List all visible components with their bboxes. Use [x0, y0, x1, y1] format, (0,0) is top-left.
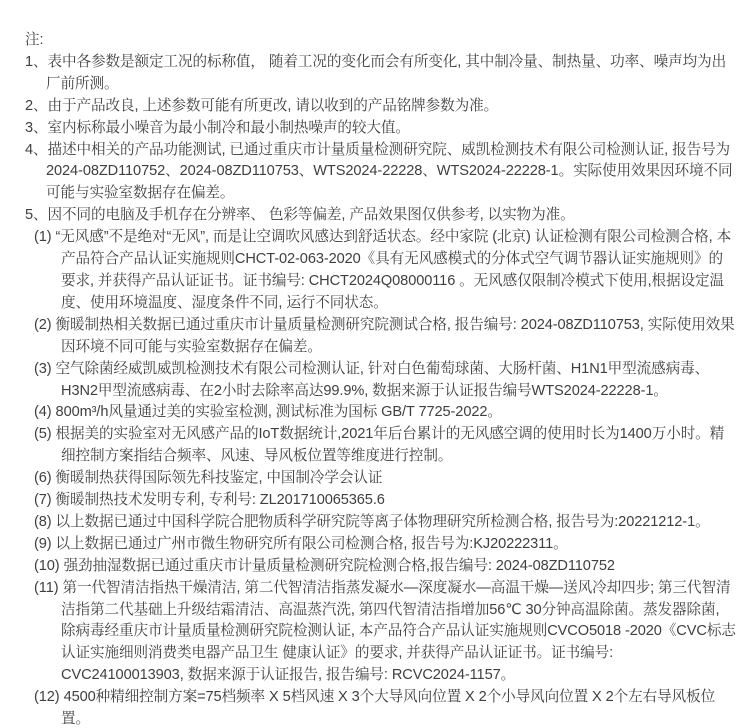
note-item-label: 1、: [25, 54, 48, 70]
subnote-item-text: “无风感”不是绝对“无风”, 而是让空调吹风感达到舒适状态。经中家院 (北京) …: [56, 229, 732, 311]
subnote-item-4: (4)800m³/h风量通过美的实验室检测, 测试标准为国标 GB/T 7725…: [34, 402, 737, 424]
subnote-item-11: (11)第一代智清洁指热干燥清洁, 第二代智清洁指蒸发凝水—深度凝水—高温干燥—…: [34, 578, 737, 688]
subnote-item-label: (8): [34, 514, 52, 530]
note-item-label: 5、: [25, 207, 48, 223]
subnote-item-label: (10): [34, 558, 60, 574]
subnote-item-text: 以上数据已通过中国科学院合肥物质科学研究院等离子体物理研究所检测合格, 报告号为…: [56, 514, 710, 530]
subnote-item-text: 4500种精细控制方案=75档频率 X 5档风速 X 3个大导风向位置 X 2个…: [61, 689, 715, 727]
subnote-item-7: (7)衡暖制热技术发明专利, 专利号: ZL201710065365.6: [34, 490, 737, 512]
subnote-item-text: 800m³/h风量通过美的实验室检测, 测试标准为国标 GB/T 7725-20…: [56, 404, 502, 420]
subnote-item-9: (9)以上数据已通过广州市微生物研究所有限公司检测合格, 报告号为:KJ2022…: [34, 534, 737, 556]
subnote-item-5: (5)根据美的实验室对无风感产品的IoT数据统计,2021年后台累计的无风感空调…: [34, 424, 737, 468]
subnote-item-text: 以上数据已通过广州市微生物研究所有限公司检测合格, 报告号为:KJ2022231…: [56, 536, 568, 552]
note-item-5: 5、因不同的电脑及手机存在分辨率、 色彩等偏差, 产品效果图仅供参考, 以实物为…: [25, 205, 737, 227]
subnote-item-2: (2)衡暖制热相关数据已通过重庆市计量质量检测研究院测试合格, 报告编号: 20…: [34, 315, 737, 359]
subnote-item-text: 第一代智清洁指热干燥清洁, 第二代智清洁指蒸发凝水—深度凝水—高温干燥—送风冷却…: [61, 580, 736, 684]
subnote-item-12: (12)4500种精细控制方案=75档频率 X 5档风速 X 3个大导风向位置 …: [34, 687, 737, 728]
note-item-4: 4、描述中相关的产品功能测试, 已通过重庆市计量质量检测研究院、威凯检测技术有限…: [25, 140, 737, 206]
subnote-item-label: (5): [34, 426, 52, 442]
subnote-item-1: (1)“无风感”不是绝对“无风”, 而是让空调吹风感达到舒适状态。经中家院 (北…: [34, 227, 737, 315]
note-item-2: 2、由于产品改良, 上述参数可能有所更改, 请以收到的产品铭牌参数为准。: [25, 96, 737, 118]
subnote-item-10: (10)强劲抽湿数据已通过重庆市计量质量检测研究院检测合格,报告编号: 2024…: [34, 556, 737, 578]
subnote-item-text: 空气除菌经威凯威凯检测技术有限公司检测认证, 针对白色葡萄球菌、大肠杆菌、H1N…: [56, 361, 710, 399]
subnote-item-label: (9): [34, 536, 52, 552]
notes-list: 1、表中各参数是额定工况的标称值， 随着工况的变化而会有所变化, 其中制冷量、制…: [25, 52, 737, 227]
note-item-text: 描述中相关的产品功能测试, 已通过重庆市计量质量检测研究院、威凯检测技术有限公司…: [46, 142, 733, 202]
subnote-item-label: (6): [34, 470, 52, 486]
subnote-item-text: 根据美的实验室对无风感产品的IoT数据统计,2021年后台累计的无风感空调的使用…: [56, 426, 725, 464]
subnote-item-text: 衡暖制热相关数据已通过重庆市计量质量检测研究院测试合格, 报告编号: 2024-…: [56, 317, 735, 355]
subnote-item-label: (2): [34, 317, 52, 333]
subnote-item-label: (12): [34, 689, 60, 705]
note-item-label: 3、: [25, 120, 48, 136]
subnote-item-label: (1): [34, 229, 52, 245]
subnote-item-label: (4): [34, 404, 52, 420]
note-item-text: 室内标称最小噪音为最小制冷和最小制热噪声的较大值。: [48, 120, 410, 136]
subnote-item-text: 强劲抽湿数据已通过重庆市计量质量检测研究院检测合格,报告编号: 2024-08Z…: [64, 558, 615, 574]
subnote-item-6: (6)衡暖制热获得国际领先科技鉴定, 中国制冷学会认证: [34, 468, 737, 490]
subnote-item-label: (11): [34, 580, 58, 596]
note-item-label: 4、: [25, 142, 48, 158]
note-item-text: 由于产品改良, 上述参数可能有所更改, 请以收到的产品铭牌参数为准。: [48, 98, 499, 114]
note-item-text: 表中各参数是额定工况的标称值， 随着工况的变化而会有所变化, 其中制冷量、制热量…: [46, 54, 726, 92]
subnote-item-text: 衡暖制热获得国际领先科技鉴定, 中国制冷学会认证: [56, 470, 383, 486]
subnote-item-label: (3): [34, 361, 52, 377]
subnote-item-3: (3)空气除菌经威凯威凯检测技术有限公司检测认证, 针对白色葡萄球菌、大肠杆菌、…: [34, 359, 737, 403]
subnote-item-8: (8)以上数据已通过中国科学院合肥物质科学研究院等离子体物理研究所检测合格, 报…: [34, 512, 737, 534]
subnotes-list: (1)“无风感”不是绝对“无风”, 而是让空调吹风感达到舒适状态。经中家院 (北…: [25, 227, 737, 728]
subnote-item-text: 衡暖制热技术发明专利, 专利号: ZL201710065365.6: [56, 492, 385, 508]
subnote-item-label: (7): [34, 492, 52, 508]
note-item-label: 2、: [25, 98, 48, 114]
note-item-3: 3、室内标称最小噪音为最小制冷和最小制热噪声的较大值。: [25, 118, 737, 140]
notes-document: 注: 1、表中各参数是额定工况的标称值， 随着工况的变化而会有所变化, 其中制冷…: [25, 30, 737, 728]
notes-title: 注:: [25, 30, 737, 52]
note-item-text: 因不同的电脑及手机存在分辨率、 色彩等偏差, 产品效果图仅供参考, 以实物为准。: [48, 207, 575, 223]
note-item-1: 1、表中各参数是额定工况的标称值， 随着工况的变化而会有所变化, 其中制冷量、制…: [25, 52, 737, 96]
